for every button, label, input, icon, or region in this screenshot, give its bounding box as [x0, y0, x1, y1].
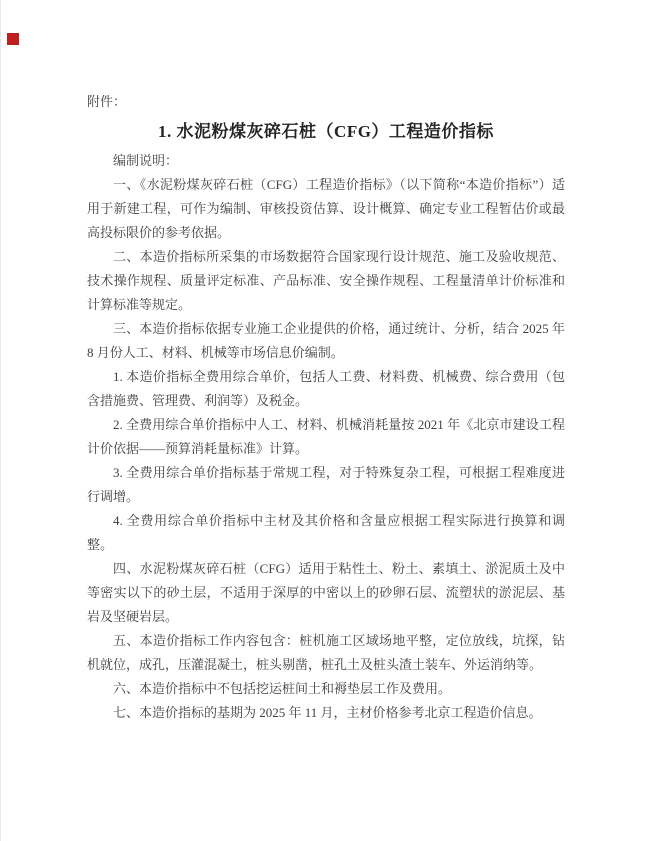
document-title: 1. 水泥粉煤灰碎石桩（CFG）工程造价指标 [87, 118, 565, 146]
red-marker-icon [7, 33, 19, 45]
para-item-5-work-content: 五、本造价指标工作内容包含：桩机施工区域场地平整，定位放线，坑探，钻机就位，成孔… [87, 629, 565, 677]
para-sub-1-unit-price: 1. 本造价指标全费用综合单价，包括人工费、材料费、机械费、综合费用（包含措施费… [87, 365, 565, 413]
para-compilation-notes-heading: 编制说明： [87, 149, 565, 173]
para-item-2-standards: 二、本造价指标所采集的市场数据符合国家现行设计规范、施工及验收规范、技术操作规程… [87, 245, 565, 317]
document-content: 附件： 1. 水泥粉煤灰碎石桩（CFG）工程造价指标 编制说明： 一、《水泥粉煤… [87, 90, 565, 725]
attachment-label: 附件： [87, 90, 565, 114]
para-item-1-scope: 一、《水泥粉煤灰碎石桩（CFG）工程造价指标》（以下简称“本造价指标”）适用于新… [87, 173, 565, 245]
para-sub-4-materials: 4. 全费用综合单价指标中主材及其价格和含量应根据工程实际进行换算和调整。 [87, 509, 565, 557]
para-item-3-price-basis: 三、本造价指标依据专业施工企业提供的价格，通过统计、分析，结合 2025 年 8… [87, 317, 565, 365]
para-item-7-base-period: 七、本造价指标的基期为 2025 年 11 月，主材价格参考北京工程造价信息。 [87, 701, 565, 725]
para-item-6-exclusions: 六、本造价指标中不包括挖运桩间土和褥垫层工作及费用。 [87, 677, 565, 701]
para-sub-2-consumption: 2. 全费用综合单价指标中人工、材料、机械消耗量按 2021 年《北京市建设工程… [87, 413, 565, 461]
document-page: 附件： 1. 水泥粉煤灰碎石桩（CFG）工程造价指标 编制说明： 一、《水泥粉煤… [0, 0, 651, 841]
para-item-4-applicability: 四、水泥粉煤灰碎石桩（CFG）适用于粘性土、粉土、素填土、淤泥质土及中等密实以下… [87, 557, 565, 629]
para-sub-3-adjustment: 3. 全费用综合单价指标基于常规工程，对于特殊复杂工程，可根据工程难度进行调增。 [87, 461, 565, 509]
